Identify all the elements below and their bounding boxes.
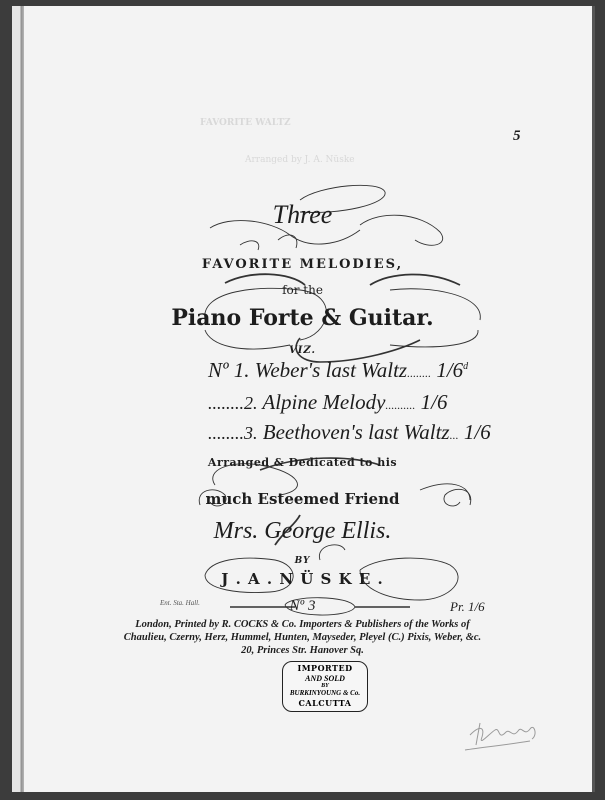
publisher-line-2: Chaulieu, Czerny, Herz, Hummel, Hunten, …	[0, 632, 605, 643]
item-name: Alpine Melody	[262, 390, 385, 414]
item-number: ........2.	[208, 393, 258, 413]
list-item: Nº 1. Weber's last Waltz........ 1/6d	[208, 358, 468, 383]
dedicatee-name: Mrs. George Ellis.	[0, 518, 605, 545]
dedication-line-1: Arranged & Dedicated to his	[0, 456, 605, 469]
item-name: Beethoven's last Waltz	[263, 420, 450, 444]
list-item: ........2. Alpine Melody.......... 1/6	[208, 390, 448, 415]
item-number: Nº 1.	[208, 358, 250, 382]
composer-name: J . A . N Ü S K E .	[0, 570, 605, 588]
item-leader: ...	[450, 428, 459, 442]
stamp-line-2: AND SOLD	[283, 674, 367, 684]
item-price: 1/6	[436, 358, 463, 382]
sheet-price: Pr. 1/6	[450, 599, 485, 615]
item-price: 1/6	[421, 390, 448, 414]
title-instrumentation: Piano Forte & Guitar.	[0, 305, 605, 331]
edition-number: Nº 3	[0, 598, 605, 615]
item-price: 1/6	[464, 420, 491, 444]
list-item: ........3. Beethoven's last Waltz... 1/6	[208, 420, 491, 445]
importer-stamp: IMPORTED AND SOLD BY BURKINYOUNG & Co. C…	[282, 661, 368, 712]
stamp-line-5: CALCUTTA	[283, 699, 367, 709]
item-number: ........3.	[208, 423, 258, 443]
publisher-address: 20, Princes Str. Hanover Sq.	[0, 645, 605, 656]
item-name: Weber's last Waltz	[255, 358, 407, 382]
title-favorite-melodies: FAVORITE MELODIES,	[0, 257, 605, 272]
by-label: BY	[0, 556, 605, 566]
viz-label: VIZ.	[0, 345, 605, 356]
stamp-line-1: IMPORTED	[283, 664, 367, 674]
item-leader: ..........	[385, 398, 415, 412]
title-three: Three	[0, 200, 605, 230]
pencil-signature	[460, 715, 560, 760]
item-leader: ........	[407, 366, 431, 380]
title-for-the: for the	[0, 283, 605, 297]
dedication-line-2: much Esteemed Friend	[0, 490, 605, 508]
publisher-line-1: London, Printed by R. COCKS & Co. Import…	[0, 619, 605, 630]
item-price-unit: d	[463, 361, 468, 372]
